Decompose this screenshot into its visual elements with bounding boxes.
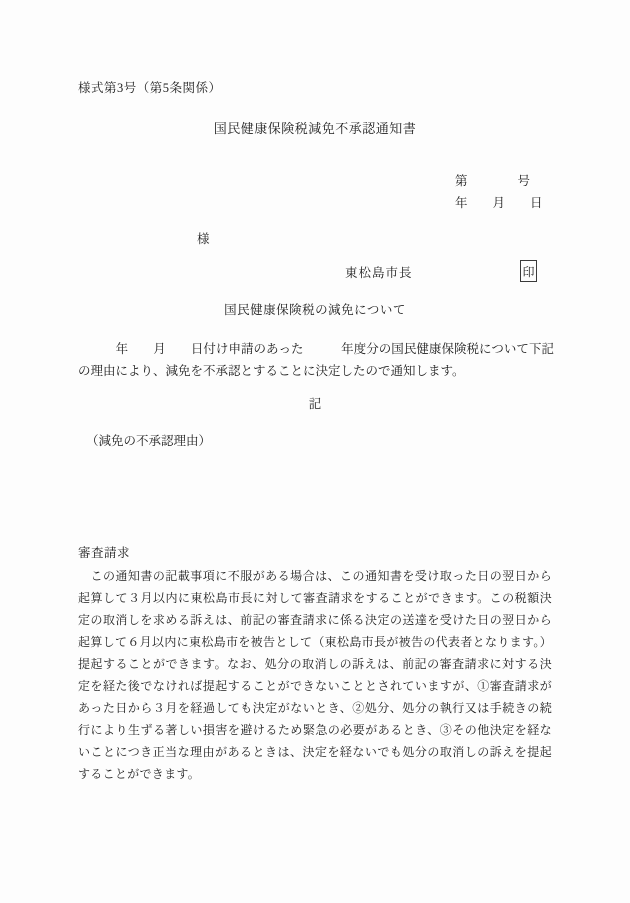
sender-mayor-title: 東松島市長 [345, 263, 413, 281]
form-number-label: 様式第3号（第5条関係） [78, 78, 222, 96]
document-title: 国民健康保険税減免不承認通知書 [0, 118, 630, 137]
issue-date-blank: 年 月 日 [455, 193, 543, 211]
disapproval-reason-blank-area [78, 455, 554, 535]
addressee-honorific: 様 [197, 229, 210, 247]
reference-number-blank: 第 号 [455, 171, 530, 189]
appeal-instructions-paragraph: この通知書の記載事項に不服がある場合は、この通知書を受け取った日の翌日から起算し… [78, 565, 552, 785]
official-seal-placeholder: 印 [520, 260, 537, 282]
appeal-section-heading: 審査請求 [78, 543, 130, 561]
subject-line: 国民健康保険税の減免について [0, 300, 630, 318]
record-marker: 記 [0, 394, 630, 412]
notification-body: 年 月 日付け申請のあった 年度分の国民健康保険税について下記の理由により、減免… [78, 338, 554, 382]
seal-character: 印 [522, 263, 534, 280]
notice-document-page: 様式第3号（第5条関係） 国民健康保険税減免不承認通知書 第 号 年 月 日 様… [0, 0, 630, 903]
disapproval-reason-label: （減免の不承認理由） [86, 431, 211, 449]
